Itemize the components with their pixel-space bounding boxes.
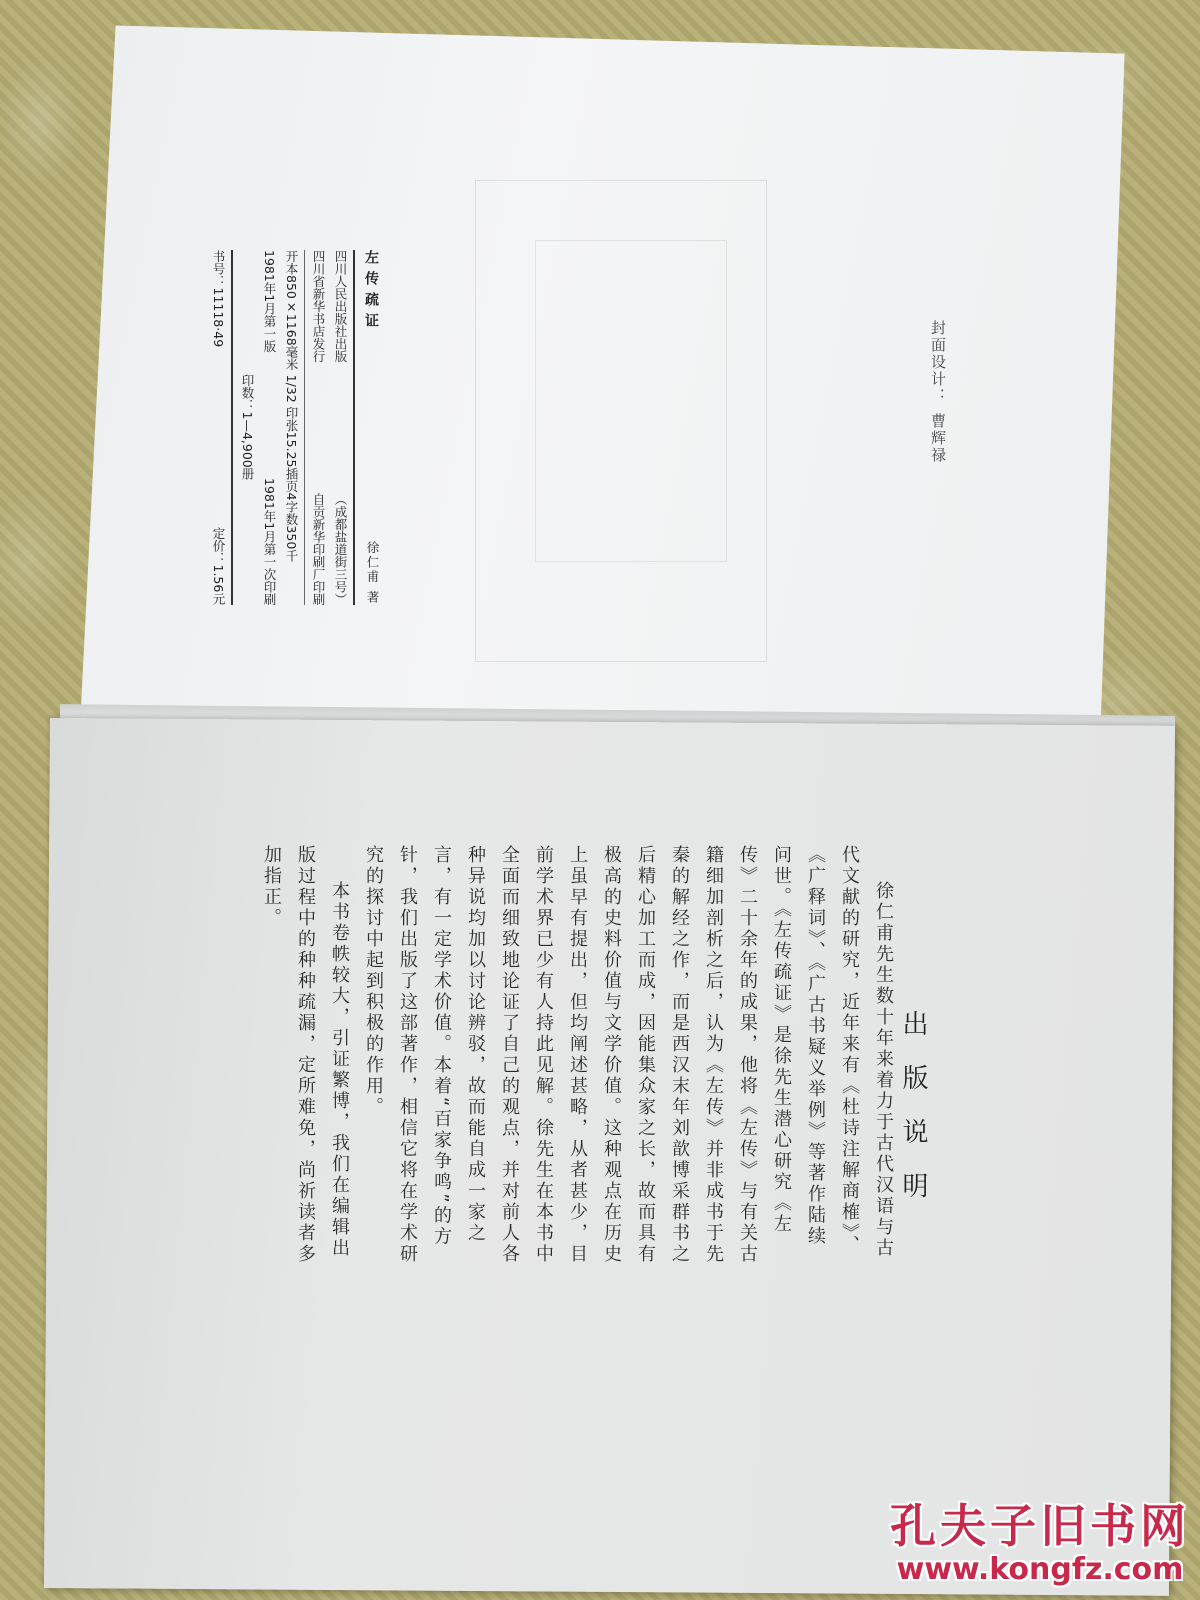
publisher: 四川人民出版社出版 <box>331 250 349 363</box>
watermark-url: www.kongfz.com <box>890 1552 1190 1587</box>
colophon-publisher-row: 四川人民出版社出版 （成都盐道街三号） <box>331 250 349 605</box>
colophon-price-row: 书号：11118·49 定价：1.56元 <box>209 250 227 605</box>
publisher-address: （成都盐道街三号） <box>331 493 349 606</box>
site-watermark: 孔夫子旧书网 www.kongfz.com <box>890 1490 1190 1587</box>
colophon-format-row: 开本850×1168毫米 1/32 印张15.25插页4字数350千 <box>282 250 300 605</box>
print-run: 印数：1—4,900册 <box>238 374 256 480</box>
distributor: 四川省新华书店发行 <box>309 250 327 363</box>
colophon-edition-row: 1981年1月第一版 1981年1月第一次印刷 <box>260 250 278 605</box>
colophon: 左传疏证 徐仁甫 著 四川人民出版社出版 （成都盐道街三号） 四川省新华书店发行… <box>246 250 381 605</box>
format-spec: 开本850×1168毫米 1/32 印张15.25插页4字数350千 <box>282 250 300 562</box>
colophon-title-row: 左传疏证 徐仁甫 著 <box>353 250 381 605</box>
watermark-name: 孔夫子旧书网 <box>890 1490 1190 1556</box>
colophon-distribution-row: 四川省新华书店发行 自贡新华印刷厂印刷 <box>304 250 327 605</box>
printer: 自贡新华印刷厂印刷 <box>309 493 327 606</box>
paragraph: 徐仁甫先生数十年来着力于古代汉语与古代文献的研究，近年来有《杜诗注解商榷》、《广… <box>356 845 900 1265</box>
price: 定价：1.56元 <box>209 527 227 605</box>
page-heading: 出版说明 <box>895 1010 932 1226</box>
edition: 1981年1月第一版 <box>260 250 278 352</box>
cover-design-credit: 封面设计：曹辉禄 <box>928 320 949 464</box>
paragraph: 本书卷帙较大，引证繁博，我们在编辑出版过程中的种种疏漏，定所难免，尚祈读者多加指… <box>254 845 356 1265</box>
faint-cover-art-inner <box>535 240 727 562</box>
cover-design-name: 曹辉禄 <box>929 413 947 464</box>
publication-note-body: 徐仁甫先生数十年来着力于古代汉语与古代文献的研究，近年来有《杜诗注解商榷》、《广… <box>420 845 900 1265</box>
printing: 1981年1月第一次印刷 <box>260 478 278 605</box>
book-author: 徐仁甫 著 <box>361 541 381 605</box>
book-number: 书号：11118·49 <box>209 250 227 347</box>
colophon-print-run-row: 印数：1—4,900册 <box>231 250 256 605</box>
cover-design-label: 封面设计： <box>929 320 947 405</box>
book-title: 左传疏证 <box>361 250 381 334</box>
